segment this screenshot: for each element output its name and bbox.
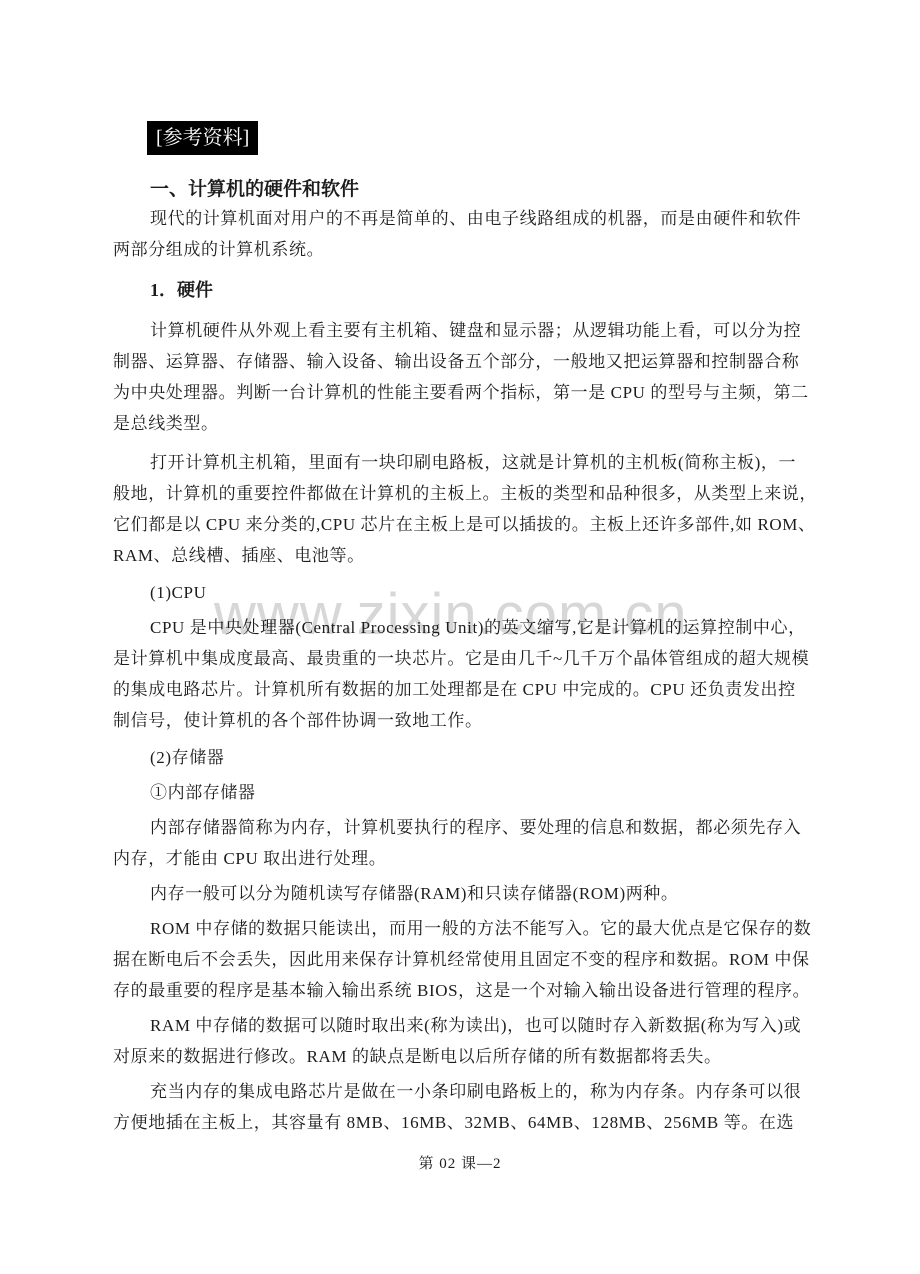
text-line: 据在断电后不会丢失，因此用来保存计算机经常使用且固定不变的程序和数据。ROM 中… — [113, 944, 809, 975]
label-cpu: (1)CPU — [113, 577, 809, 608]
paragraph-internal-memory: 内部存储器简称为内存，计算机要执行的程序、要处理的信息和数据，都必须先存入 内存… — [113, 812, 809, 874]
text-line: ①内部存储器 — [113, 777, 809, 808]
text-line: 内存，才能由 CPU 取出进行处理。 — [113, 843, 809, 874]
paragraph-ram-rom-types: 内存一般可以分为随机读写存储器(RAM)和只读存储器(ROM)两种。 — [113, 878, 809, 909]
paragraph-ram: RAM 中存储的数据可以随时取出来(称为读出)，也可以随时存入新数据(称为写入)… — [113, 1010, 809, 1072]
text-line: 制器、运算器、存储器、输入设备、输出设备五个部分，一般地又把运算器和控制器合称 — [113, 346, 809, 377]
text-line: 它们都是以 CPU 来分类的,CPU 芯片在主板上是可以插拔的。主板上还许多部件… — [113, 509, 809, 540]
reference-title-box: [参考资料] — [147, 121, 258, 155]
paragraph-mainboard: 打开计算机主机箱，里面有一块印刷电路板，这就是计算机的主机板(简称主板)，一 般… — [113, 447, 809, 571]
text-line: CPU 是中央处理器(Central Processing Unit)的英文缩写… — [113, 612, 809, 643]
text-line: 内部存储器简称为内存，计算机要执行的程序、要处理的信息和数据，都必须先存入 — [113, 812, 809, 843]
text-line: (1)CPU — [113, 577, 809, 608]
text-line: 的集成电路芯片。计算机所有数据的加工处理都是在 CPU 中完成的。CPU 还负责… — [113, 674, 809, 705]
text-line: ROM 中存储的数据只能读出，而用一般的方法不能写入。它的最大优点是它保存的数 — [113, 913, 809, 944]
heading-main: 一、计算机的硬件和软件 — [113, 177, 809, 203]
text-line: (2)存储器 — [113, 742, 809, 773]
text-line: 计算机硬件从外观上看主要有主机箱、键盘和显示器；从逻辑功能上看，可以分为控 — [113, 315, 809, 346]
text-line: 打开计算机主机箱，里面有一块印刷电路板，这就是计算机的主机板(简称主板)，一 — [113, 447, 809, 478]
text-line: RAM、总线槽、插座、电池等。 — [113, 540, 809, 571]
document-page: www.zixin.com.cn [参考资料] 一、计算机的硬件和软件 现代的计… — [0, 0, 920, 1274]
text-line: 是总线类型。 — [113, 408, 809, 439]
label-storage: (2)存储器 — [113, 742, 809, 773]
paragraph-hardware-overview: 计算机硬件从外观上看主要有主机箱、键盘和显示器；从逻辑功能上看，可以分为控 制器… — [113, 315, 809, 439]
text-line: 制信号，使计算机的各个部件协调一致地工作。 — [113, 705, 809, 736]
text-line: 方便地插在主板上，其容量有 8MB、16MB、32MB、64MB、128MB、2… — [113, 1107, 809, 1138]
text-line: 现代的计算机面对用户的不再是简单的、由电子线路组成的机器，而是由硬件和软件 — [113, 203, 809, 234]
document-content: 一、计算机的硬件和软件 现代的计算机面对用户的不再是简单的、由电子线路组成的机器… — [113, 177, 809, 1138]
text-line: 般地，计算机的重要控件都做在计算机的主板上。主板的类型和品种很多，从类型上来说， — [113, 478, 809, 509]
text-line: RAM 中存储的数据可以随时取出来(称为读出)，也可以随时存入新数据(称为写入)… — [113, 1010, 809, 1041]
paragraph-cpu: CPU 是中央处理器(Central Processing Unit)的英文缩写… — [113, 612, 809, 736]
text-line: 内存一般可以分为随机读写存储器(RAM)和只读存储器(ROM)两种。 — [113, 878, 809, 909]
text-line: 对原来的数据进行修改。RAM 的缺点是断电以后所存储的所有数据都将丢失。 — [113, 1041, 809, 1072]
text-line: 两部分组成的计算机系统。 — [113, 234, 809, 265]
paragraph-memory-stick: 充当内存的集成电路芯片是做在一小条印刷电路板上的，称为内存条。内存条可以很 方便… — [113, 1076, 809, 1138]
text-line: 充当内存的集成电路芯片是做在一小条印刷电路板上的，称为内存条。内存条可以很 — [113, 1076, 809, 1107]
heading-hardware: 1．硬件 — [113, 275, 809, 306]
text-line: 是计算机中集成度最高、最贵重的一块芯片。它是由几千~几千万个晶体管组成的超大规模 — [113, 643, 809, 674]
paragraph-intro: 现代的计算机面对用户的不再是简单的、由电子线路组成的机器，而是由硬件和软件 两部… — [113, 203, 809, 265]
paragraph-rom: ROM 中存储的数据只能读出，而用一般的方法不能写入。它的最大优点是它保存的数 … — [113, 913, 809, 1006]
page-footer: 第 02 课—2 — [0, 1152, 920, 1173]
text-line: 为中央处理器。判断一台计算机的性能主要看两个指标，第一是 CPU 的型号与主频，… — [113, 377, 809, 408]
label-internal-memory: ①内部存储器 — [113, 777, 809, 808]
text-line: 存的最重要的程序是基本输入输出系统 BIOS，这是一个对输入输出设备进行管理的程… — [113, 975, 809, 1006]
reference-title-label: [参考资料] — [156, 127, 249, 149]
